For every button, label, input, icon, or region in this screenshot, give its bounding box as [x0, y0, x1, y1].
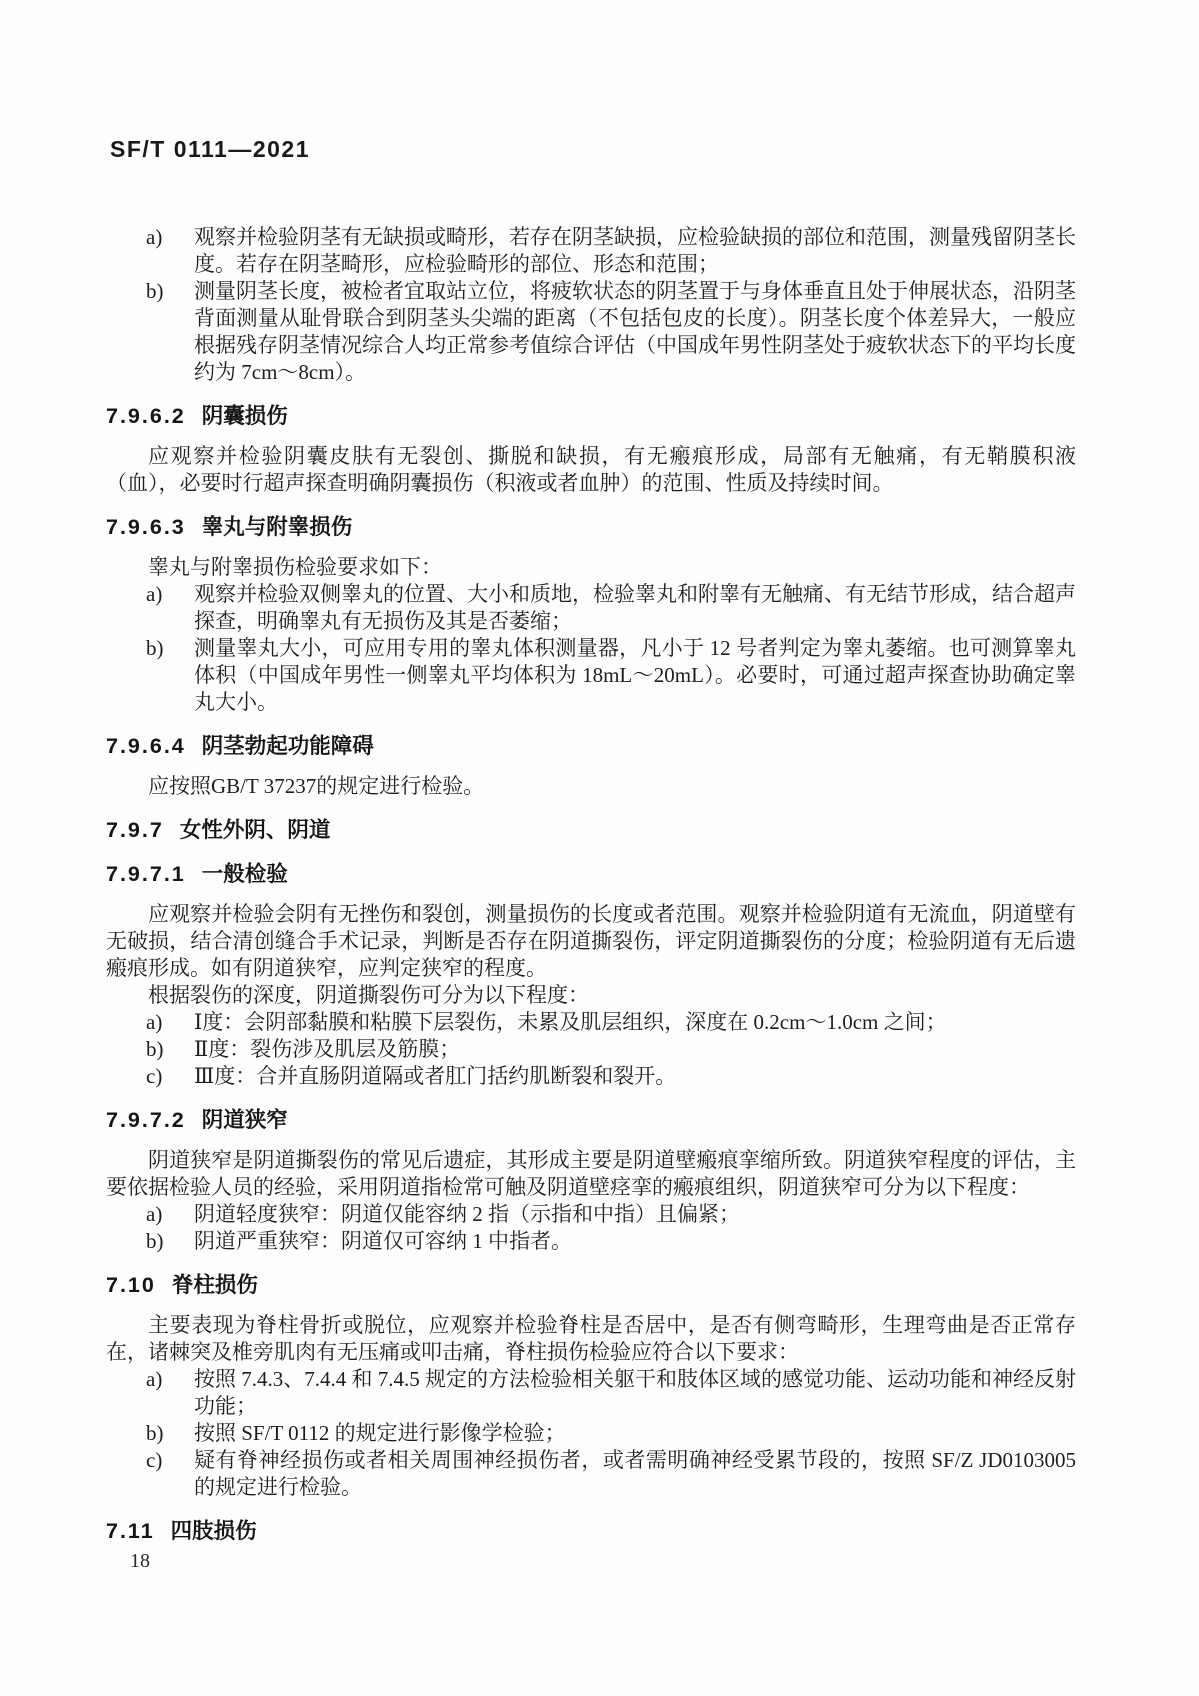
list-item: a) 观察并检验双侧睾丸的位置、大小和质地，检验睾丸和附睾有无触痛、有无结节形成…	[106, 581, 1076, 635]
document-content: a) 观察并检验阴茎有无缺损或畸形，若存在阴茎缺损，应检验缺损的部位和范围，测量…	[106, 224, 1076, 1558]
list-item: a) 按照 7.4.3、7.4.4 和 7.4.5 规定的方法检验相关躯干和肢体…	[106, 1366, 1076, 1420]
list-item-text: 按照 7.4.3、7.4.4 和 7.4.5 规定的方法检验相关躯干和肢体区域的…	[194, 1366, 1076, 1420]
list-item-label: b)	[146, 1228, 194, 1255]
list-item-label: c)	[146, 1447, 194, 1501]
paragraph: 应观察并检验会阴有无挫伤和裂创，测量损伤的长度或者范围。观察并检验阴道有无流血，…	[106, 901, 1076, 982]
section-heading-7-10: 7.10 脊柱损伤	[106, 1272, 1076, 1299]
section-number: 7.9.6.4	[106, 733, 186, 760]
section-number: 7.9.7	[106, 817, 164, 844]
list-item-text: 测量睾丸大小，可应用专用的睾丸体积测量器，凡小于 12 号者判定为睾丸萎缩。也可…	[194, 635, 1076, 716]
doc-number: SF/T 0111—2021	[110, 136, 310, 162]
page-header: SF/T 0111—2021	[110, 136, 310, 163]
list-item: a) Ⅰ度：会阴部黏膜和粘膜下层裂伤，未累及肌层组织，深度在 0.2cm～1.0…	[106, 1009, 1076, 1036]
list-item-text: 测量阴茎长度，被检者宜取站立位，将疲软状态的阴茎置于与身体垂直且处于伸展状态，沿…	[194, 278, 1076, 386]
section-heading-7-9-7-2: 7.9.7.2 阴道狭窄	[106, 1107, 1076, 1134]
list-item-text: 阴道严重狭窄：阴道仅可容纳 1 中指者。	[194, 1228, 1076, 1255]
section-title: 脊柱损伤	[172, 1272, 258, 1299]
section-heading-7-9-6-3: 7.9.6.3 睾丸与附睾损伤	[106, 514, 1076, 541]
document-page: SF/T 0111—2021 a) 观察并检验阴茎有无缺损或畸形，若存在阴茎缺损…	[0, 0, 1199, 1696]
page-footer: 18	[130, 1550, 150, 1573]
list-item-text: Ⅲ度：合并直肠阴道隔或者肛门括约肌断裂和裂开。	[194, 1063, 1076, 1090]
list-item-label: a)	[146, 1201, 194, 1228]
paragraph: 阴道狭窄是阴道撕裂伤的常见后遗症，其形成主要是阴道壁瘢痕挛缩所致。阴道狭窄程度的…	[106, 1147, 1076, 1201]
section-title: 四肢损伤	[171, 1518, 257, 1545]
paragraph: 应按照GB/T 37237的规定进行检验。	[106, 773, 1076, 800]
list-item: a) 观察并检验阴茎有无缺损或畸形，若存在阴茎缺损，应检验缺损的部位和范围，测量…	[106, 224, 1076, 278]
section-number: 7.9.7.2	[106, 1107, 186, 1134]
list-item: b) 测量睾丸大小，可应用专用的睾丸体积测量器，凡小于 12 号者判定为睾丸萎缩…	[106, 635, 1076, 716]
list-item-label: b)	[146, 1420, 194, 1447]
list-item-label: a)	[146, 1009, 194, 1036]
paragraph: 睾丸与附睾损伤检验要求如下：	[106, 554, 1076, 581]
page-number: 18	[130, 1550, 150, 1572]
list-item-text: Ⅱ度：裂伤涉及肌层及筋膜；	[194, 1036, 1076, 1063]
list-item-label: a)	[146, 581, 194, 635]
list-item-text: 按照 SF/T 0112 的规定进行影像学检验；	[194, 1420, 1076, 1447]
list-item: b) 测量阴茎长度，被检者宜取站立位，将疲软状态的阴茎置于与身体垂直且处于伸展状…	[106, 278, 1076, 386]
list-item-label: a)	[146, 224, 194, 278]
section-heading-7-9-6-2: 7.9.6.2 阴囊损伤	[106, 403, 1076, 430]
list-item-label: b)	[146, 635, 194, 716]
section-number: 7.10	[106, 1272, 156, 1299]
section-heading-7-9-6-4: 7.9.6.4 阴茎勃起功能障碍	[106, 733, 1076, 760]
list-item-text: Ⅰ度：会阴部黏膜和粘膜下层裂伤，未累及肌层组织，深度在 0.2cm～1.0cm …	[194, 1009, 1076, 1036]
list-item-text: 疑有脊神经损伤或者相关周围神经损伤者，或者需明确神经受累节段的，按照 SF/Z …	[194, 1447, 1076, 1501]
section-title: 女性外阴、阴道	[180, 817, 331, 844]
list-item: b) 按照 SF/T 0112 的规定进行影像学检验；	[106, 1420, 1076, 1447]
list-item-label: b)	[146, 1036, 194, 1063]
section-title: 阴茎勃起功能障碍	[202, 733, 374, 760]
list-item: a) 阴道轻度狭窄：阴道仅能容纳 2 指（示指和中指）且偏紧；	[106, 1201, 1076, 1228]
section-title: 一般检验	[202, 861, 288, 888]
paragraph: 根据裂伤的深度，阴道撕裂伤可分为以下程度：	[106, 982, 1076, 1009]
section-number: 7.11	[106, 1518, 155, 1545]
section-title: 阴囊损伤	[202, 403, 288, 430]
section-title: 阴道狭窄	[202, 1107, 288, 1134]
section-title: 睾丸与附睾损伤	[202, 514, 353, 541]
list-item: c) Ⅲ度：合并直肠阴道隔或者肛门括约肌断裂和裂开。	[106, 1063, 1076, 1090]
section-heading-7-9-7-1: 7.9.7.1 一般检验	[106, 861, 1076, 888]
list-item-text: 观察并检验阴茎有无缺损或畸形，若存在阴茎缺损，应检验缺损的部位和范围，测量残留阴…	[194, 224, 1076, 278]
list-item: b) Ⅱ度：裂伤涉及肌层及筋膜；	[106, 1036, 1076, 1063]
list-item: b) 阴道严重狭窄：阴道仅可容纳 1 中指者。	[106, 1228, 1076, 1255]
list-item: c) 疑有脊神经损伤或者相关周围神经损伤者，或者需明确神经受累节段的，按照 SF…	[106, 1447, 1076, 1501]
paragraph: 主要表现为脊柱骨折或脱位，应观察并检验脊柱是否居中，是否有侧弯畸形，生理弯曲是否…	[106, 1312, 1076, 1366]
list-item-label: a)	[146, 1366, 194, 1420]
paragraph: 应观察并检验阴囊皮肤有无裂创、撕脱和缺损，有无瘢痕形成，局部有无触痛，有无鞘膜积…	[106, 443, 1076, 497]
list-item-label: c)	[146, 1063, 194, 1090]
list-item-text: 阴道轻度狭窄：阴道仅能容纳 2 指（示指和中指）且偏紧；	[194, 1201, 1076, 1228]
section-number: 7.9.7.1	[106, 861, 186, 888]
list-item-label: b)	[146, 278, 194, 386]
section-heading-7-9-7: 7.9.7 女性外阴、阴道	[106, 817, 1076, 844]
list-item-text: 观察并检验双侧睾丸的位置、大小和质地，检验睾丸和附睾有无触痛、有无结节形成，结合…	[194, 581, 1076, 635]
section-number: 7.9.6.3	[106, 514, 186, 541]
section-number: 7.9.6.2	[106, 403, 186, 430]
section-heading-7-11: 7.11 四肢损伤	[106, 1518, 1076, 1545]
